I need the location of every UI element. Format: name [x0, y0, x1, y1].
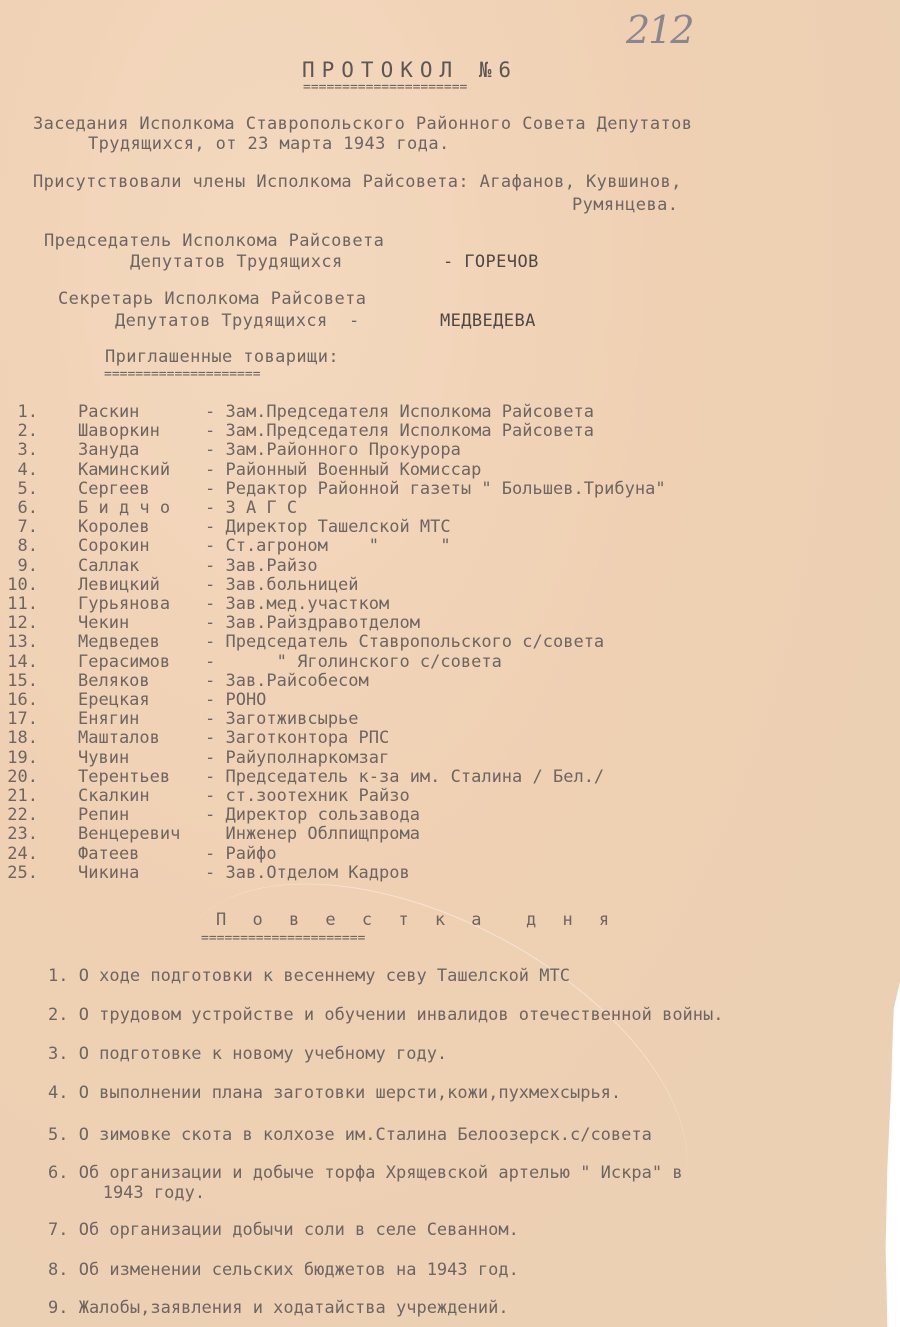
attendee-name: Шаворкин — [78, 421, 160, 441]
attendee-row: 10.Левицкий- Зав.больницей — [0, 575, 900, 594]
present-line-1: Присутствовали члены Исполкома Райсовета… — [33, 172, 682, 192]
chairman-title-1: Председатель Исполкома Райсовета — [44, 231, 384, 251]
attendee-role: - Зав.Отделом Кадров — [205, 863, 410, 883]
agenda-item: 1. О ходе подготовки к весеннему севу Та… — [48, 966, 570, 986]
attendee-role: - Зав.больницей — [205, 575, 359, 595]
attendee-row: 2.Шаворкин- Зам.Председателя Исполкома Р… — [0, 421, 900, 440]
attendee-name: Саллак — [78, 556, 139, 576]
document-title: ПРОТОКОЛ №6 — [302, 58, 518, 82]
attendee-row: 7.Королев- Директор Ташелской МТС — [0, 517, 900, 536]
attendee-number: 9. — [0, 556, 38, 576]
secretary-title-1: Секретарь Исполкома Райсовета — [58, 289, 366, 309]
attendee-role: - Заготконтора РПС — [205, 728, 389, 748]
chairman-title-2: Депутатов Трудящихся — [130, 252, 343, 272]
attendee-role: - Районный Военный Комиссар — [205, 460, 481, 480]
attendee-row: 18.Машталов- Заготконтора РПС — [0, 728, 900, 747]
attendee-role: - Зам.Районного Прокурора — [205, 440, 461, 460]
attendee-role: - Директор Ташелской МТС — [205, 517, 451, 537]
attendee-role: - Председатель к-за им. Сталина / Бел./ — [205, 767, 604, 787]
secretary-name: МЕДВЕДЕВА — [440, 311, 536, 331]
attendee-number: 24. — [0, 844, 38, 864]
attendee-number: 23. — [0, 824, 38, 844]
attendee-row: 6.Б и д ч о- З А Г С — [0, 498, 900, 517]
attendee-number: 11. — [0, 594, 38, 614]
attendee-role: - Директор сользавода — [205, 805, 420, 825]
attendee-row: 16.Ерецкая- РОНО — [0, 690, 900, 709]
attendee-role: - Зав.Райздравотделом — [205, 613, 420, 633]
attendee-role: - Зав.мед.участком — [205, 594, 389, 614]
attendee-number: 8. — [0, 536, 38, 556]
attendee-number: 16. — [0, 690, 38, 710]
document-page: 212 ПРОТОКОЛ №6 ===================== За… — [0, 0, 900, 1327]
attendee-row: 12.Чекин- Зав.Райздравотделом — [0, 613, 900, 632]
attendee-role: - Зам.Председателя Исполкома Райсовета — [205, 421, 594, 441]
attendee-role: Инженер Облпищпрома — [205, 824, 420, 844]
agenda-item: 2. О трудовом устройстве и обучении инва… — [48, 1005, 724, 1025]
attendee-number: 4. — [0, 460, 38, 480]
attendee-name: Машталов — [78, 728, 160, 748]
attendee-role: - ст.зоотехник Райзо — [205, 786, 410, 806]
title-underline: ===================== — [303, 80, 467, 95]
attendee-role: - " Яголинского с/совета — [205, 652, 502, 672]
agenda-item: 7. Об организации добычи соли в селе Сев… — [48, 1220, 519, 1240]
attendee-row: 24.Фатеев- Райфо — [0, 844, 900, 863]
agenda-item: 1943 году. — [72, 1183, 205, 1203]
attendee-role: - Заготживсырье — [205, 709, 359, 729]
attendee-role: - Райуполнаркомзаг — [205, 748, 389, 768]
attendee-row: 20.Терентьев- Председатель к-за им. Стал… — [0, 767, 900, 786]
attendee-name: Веляков — [78, 671, 150, 691]
invited-heading: Приглашенные товарищи: — [105, 347, 339, 367]
attendee-name: Ерецкая — [78, 690, 150, 710]
attendee-row: 17.Енягин- Заготживсырье — [0, 709, 900, 728]
attendee-number: 21. — [0, 786, 38, 806]
attendee-name: Фатеев — [78, 844, 139, 864]
attendee-name: Королев — [78, 517, 150, 537]
agenda-underline: ===================== — [201, 931, 365, 946]
attendee-row: 21.Скалкин- ст.зоотехник Райзо — [0, 786, 900, 805]
attendee-name: Раскин — [78, 402, 139, 422]
present-line-2: Румянцева. — [572, 195, 678, 215]
agenda-item: 6. Об организации и добыче торфа Хрящевс… — [48, 1163, 683, 1183]
attendee-row: 3.Зануда- Зам.Районного Прокурора — [0, 440, 900, 459]
secretary-title-2: Депутатов Трудящихся - — [115, 311, 360, 331]
attendee-number: 1. — [0, 402, 38, 422]
attendee-name: Чекин — [78, 613, 129, 633]
attendee-name: Сергеев — [78, 479, 150, 499]
attendee-row: 5.Сергеев- Редактор Районной газеты " Бо… — [0, 479, 900, 498]
attendee-number: 12. — [0, 613, 38, 633]
attendee-role: - Редактор Районной газеты " Большев.Три… — [205, 479, 666, 499]
attendee-number: 17. — [0, 709, 38, 729]
attendee-number: 10. — [0, 575, 38, 595]
attendee-name: Левицкий — [78, 575, 160, 595]
attendee-number: 19. — [0, 748, 38, 768]
agenda-title: П о в е с т к а д н я — [216, 910, 617, 930]
attendee-name: Репин — [78, 805, 129, 825]
attendee-name: Чувин — [78, 748, 129, 768]
attendee-name: Гурьянова — [78, 594, 170, 614]
attendee-name: Енягин — [78, 709, 139, 729]
attendee-number: 18. — [0, 728, 38, 748]
attendee-role: - РОНО — [205, 690, 266, 710]
attendee-row: 25.Чикина- Зав.Отделом Кадров — [0, 863, 900, 882]
attendee-name: Каминский — [78, 460, 170, 480]
attendee-name: Б и д ч о — [78, 498, 170, 518]
chairman-name: - ГОРЕЧОВ — [443, 252, 539, 272]
attendee-row: 19.Чувин- Райуполнаркомзаг — [0, 748, 900, 767]
attendee-number: 7. — [0, 517, 38, 537]
attendee-row: 8.Сорокин- Ст.агроном " " — [0, 536, 900, 555]
invited-underline: ==================== — [104, 367, 261, 382]
attendee-number: 6. — [0, 498, 38, 518]
meeting-line-2: Трудящихся, от 23 марта 1943 года. — [88, 134, 450, 154]
agenda-item: 5. О зимовке скота в колхозе им.Сталина … — [48, 1125, 652, 1145]
attendee-name: Терентьев — [78, 767, 170, 787]
attendee-row: 23.Венцеревич Инженер Облпищпрома — [0, 824, 900, 843]
attendee-name: Венцеревич — [78, 824, 180, 844]
attendee-role: - Зав.Райзо — [205, 556, 318, 576]
attendee-name: Герасимов — [78, 652, 170, 672]
attendee-number: 25. — [0, 863, 38, 883]
attendee-number: 13. — [0, 632, 38, 652]
attendee-row: 14.Герасимов- " Яголинского с/совета — [0, 652, 900, 671]
attendee-role: - Райфо — [205, 844, 277, 864]
attendee-name: Зануда — [78, 440, 139, 460]
attendee-row: 1.Раскин- Зам.Председателя Исполкома Рай… — [0, 402, 900, 421]
attendee-name: Медведев — [78, 632, 160, 652]
agenda-item: 3. О подготовке к новому учебному году. — [48, 1044, 447, 1064]
handwritten-page-number: 212 — [626, 8, 693, 52]
attendee-role: - Председатель Ставропольского с/совета — [205, 632, 604, 652]
attendee-row: 15.Веляков- Зав.Райсобесом — [0, 671, 900, 690]
agenda-item: 9. Жалобы,заявления и ходатайства учрежд… — [48, 1298, 509, 1318]
attendee-row: 13.Медведев- Председатель Ставропольског… — [0, 632, 900, 651]
attendee-role: - Зав.Райсобесом — [205, 671, 369, 691]
attendee-role: - Ст.агроном " " — [205, 536, 451, 556]
paper-crease — [112, 806, 748, 1327]
attendee-row: 4.Каминский- Районный Военный Комиссар — [0, 460, 900, 479]
attendee-number: 14. — [0, 652, 38, 672]
attendee-number: 3. — [0, 440, 38, 460]
attendee-name: Скалкин — [78, 786, 150, 806]
attendee-name: Сорокин — [78, 536, 150, 556]
attendee-row: 22.Репин- Директор сользавода — [0, 805, 900, 824]
attendee-role: - Зам.Председателя Исполкома Райсовета — [205, 402, 594, 422]
agenda-item: 8. Об изменении сельских бюджетов на 194… — [48, 1260, 519, 1280]
agenda-item: 4. О выполнении плана заготовки шерсти,к… — [48, 1083, 621, 1103]
attendee-number: 22. — [0, 805, 38, 825]
attendee-number: 15. — [0, 671, 38, 691]
attendee-number: 2. — [0, 421, 38, 441]
attendee-number: 20. — [0, 767, 38, 787]
attendee-number: 5. — [0, 479, 38, 499]
attendee-role: - З А Г С — [205, 498, 297, 518]
attendee-row: 11.Гурьянова- Зав.мед.участком — [0, 594, 900, 613]
meeting-line-1: Заседания Исполкома Ставропольского Райо… — [33, 114, 692, 134]
attendee-name: Чикина — [78, 863, 139, 883]
attendee-row: 9.Саллак- Зав.Райзо — [0, 556, 900, 575]
